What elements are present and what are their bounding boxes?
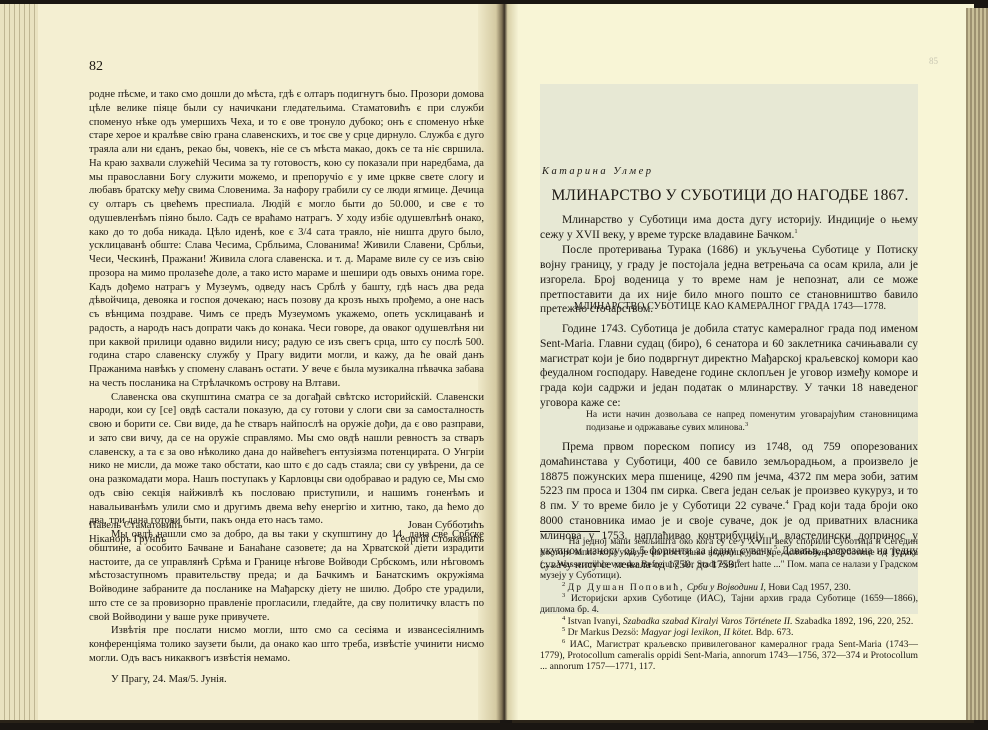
paragraph: Славенска ова скупштина сматра се за дог… <box>89 391 484 529</box>
footnote: 4 Istvan Ivanyi, Szabadka szabad Kiralyi… <box>540 616 918 627</box>
paragraph: родне пѣсме, и тако смо дошли до мѣста, … <box>89 88 484 391</box>
paragraph: Године 1743. Суботица је добила статус к… <box>540 322 918 411</box>
footnote: 5 Dr Markus Dezsö: Magyar jogi lexikon, … <box>540 627 918 638</box>
footnote-mark[interactable]: 3 <box>745 420 748 427</box>
article-author: Катарина Улмер <box>542 166 654 177</box>
page-number: 82 <box>89 59 103 75</box>
footnote: 1 На једној мапи земљишта око кога су се… <box>540 536 918 582</box>
signature-right: Георгій Стояковићъ <box>395 533 484 547</box>
book-spread: 82 родне пѣсме, и тако смо дошли до мѣст… <box>0 0 988 730</box>
book-gutter <box>478 4 518 720</box>
signature-left: Павель Стаматовићъ <box>89 519 182 533</box>
signatures: Павель Стаматовићъ Јован Субботићъ Нікан… <box>89 519 484 547</box>
footnote: 2 Др Душан Поповић, Срби у Војводини I, … <box>540 582 918 593</box>
section-heading: МЛИНАРСТВО СУБОТИЦЕ КАО КАМЕРАЛНОГ ГРАДА… <box>540 301 920 312</box>
left-page-body: родне пѣсме, и тако смо дошли до мѣста, … <box>89 88 484 686</box>
left-page-edges <box>0 4 38 720</box>
footnotes: 1 На једној мапи земљишта око кога су се… <box>540 536 918 673</box>
signature-left: Ніканоръ Грунћъ <box>89 533 166 547</box>
block-quote: На исти начин дозвољава се напред помену… <box>586 409 918 434</box>
paragraph: Млинарство у Суботици има доста дугу ист… <box>540 213 918 243</box>
right-page-edges <box>966 8 988 720</box>
footnote-divider <box>540 531 600 532</box>
faint-page-number: 85 <box>929 56 938 66</box>
dateline: У Прагу, 24. Мая/5. Јунія. <box>89 673 484 687</box>
paragraph: Извѣтія пре послати нисмо могли, што смо… <box>89 624 484 665</box>
section-body: Године 1743. Суботица је добила статус к… <box>540 322 918 411</box>
footnote: 6 ИАС, Магистрат краљевско привилеговано… <box>540 639 918 673</box>
signature-right: Јован Субботићъ <box>408 519 484 533</box>
footnote-mark[interactable]: 1 <box>794 228 797 235</box>
footnote: 3 Историјски архив Суботице (ИАС), Тајни… <box>540 593 918 616</box>
article-title: МЛИНАРСТВО У СУБОТИЦИ ДО НАГОДБЕ 1867. <box>540 187 920 205</box>
